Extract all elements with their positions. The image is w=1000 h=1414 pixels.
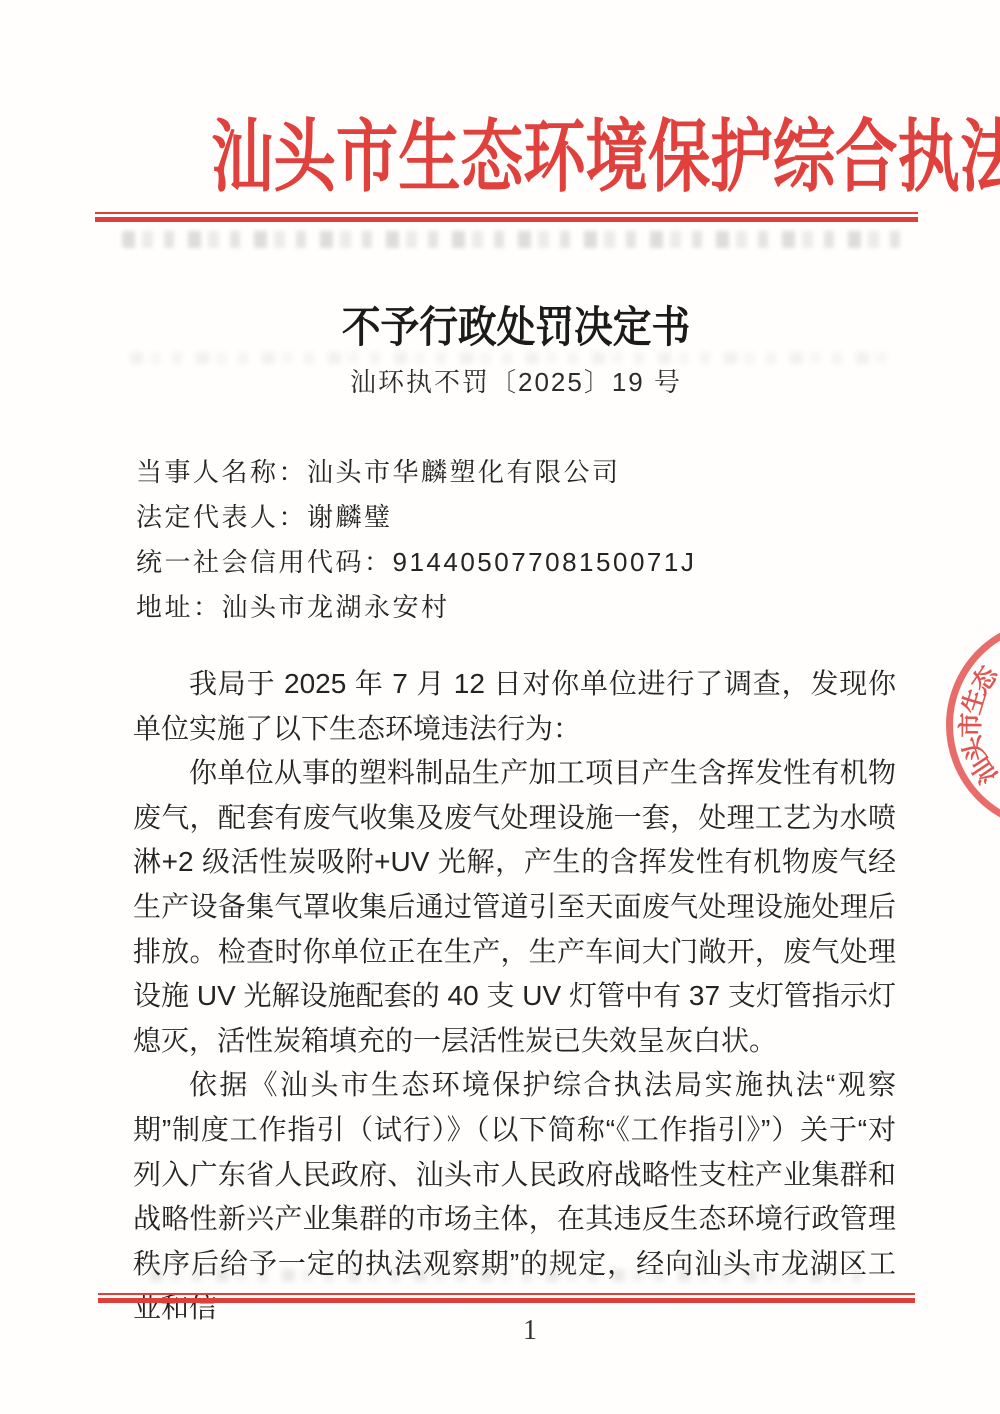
ink-bleed-artifact-middle xyxy=(130,352,894,364)
credit-code-line: 统一社会信用代码：91440507708150071J xyxy=(136,540,916,585)
rule-thick-line xyxy=(98,1298,915,1303)
footer-double-rule xyxy=(98,1293,915,1303)
address-line: 地址：汕头市龙湖永安村 xyxy=(136,585,916,630)
paragraph-legal-basis: 依据《汕头市生态环境保护综合执法局实施执法“观察期”制度工作指引（试行）》（以下… xyxy=(133,1063,896,1331)
rule-thin-line xyxy=(95,212,918,214)
ink-bleed-artifact-top xyxy=(122,231,902,248)
scanned-document-page: 汕头市生态环境保护综合执法局 不予行政处罚决定书 汕环执不罚〔2025〕19 号… xyxy=(0,0,1000,1414)
paragraph-violation-facts: 你单位从事的塑料制品生产加工项目产生含挥发性有机物废气，配套有废气收集及废气处理… xyxy=(133,751,896,1063)
letterhead-double-rule xyxy=(95,212,918,222)
document-title: 不予行政处罚决定书 xyxy=(169,305,864,353)
letterhead-bureau-name: 汕头市生态环境保护综合执法局 xyxy=(211,113,821,205)
legal-representative-line: 法定代表人：谢麟璧 xyxy=(136,495,916,540)
rule-thick-line xyxy=(95,217,918,222)
ink-bleed-artifact-bottom xyxy=(150,1269,866,1282)
document-body: 我局于 2025 年 7 月 12 日对你单位进行了调查，发现你单位实施了以下生… xyxy=(133,662,896,1331)
page-number: 1 xyxy=(130,1315,930,1347)
party-info-block: 当事人名称：汕头市华麟塑化有限公司 法定代表人：谢麟璧 统一社会信用代码：914… xyxy=(136,450,916,630)
document-number: 汕环执不罚〔2025〕19 号 xyxy=(130,366,902,398)
party-name-line: 当事人名称：汕头市华麟塑化有限公司 xyxy=(136,450,916,495)
rule-thin-line xyxy=(98,1293,915,1295)
paragraph-investigation: 我局于 2025 年 7 月 12 日对你单位进行了调查，发现你单位实施了以下生… xyxy=(133,662,896,751)
official-red-seal: 汕 头 市 生 态 xyxy=(946,619,1000,831)
